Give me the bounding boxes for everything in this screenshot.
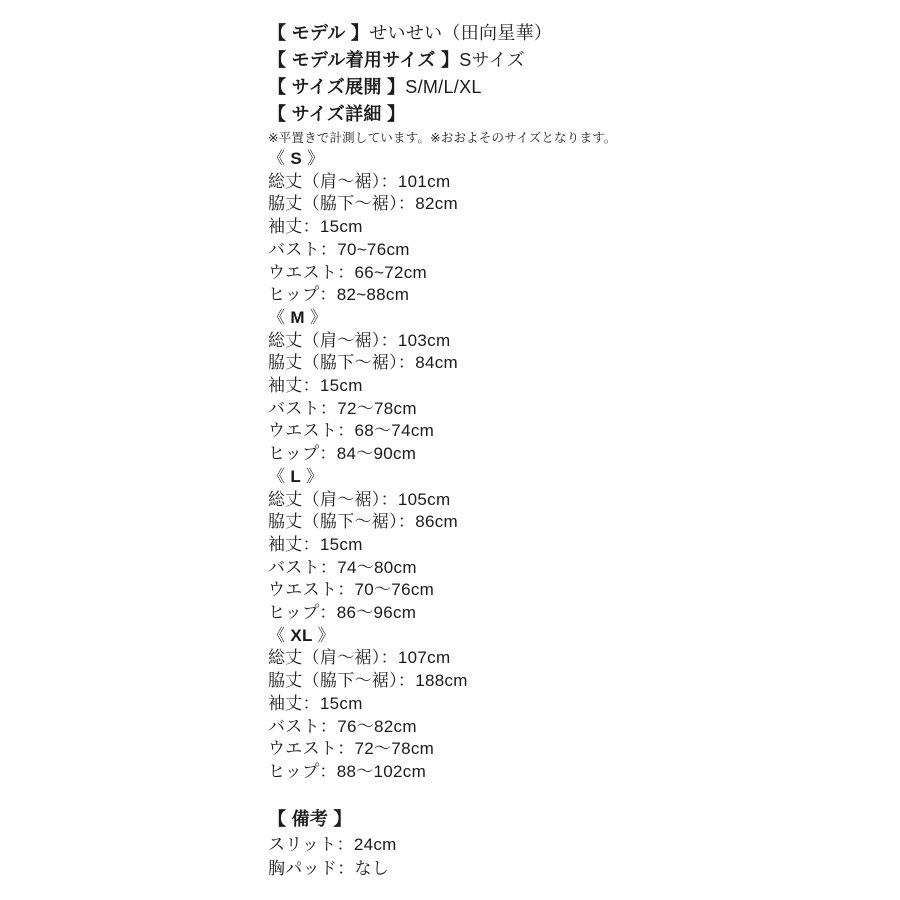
measurement-hip: ヒップ：84〜90cm <box>268 443 888 466</box>
size-name: XL <box>290 626 312 645</box>
angle-bracket-close: 》 <box>313 626 335 645</box>
measurement-total-length: 総丈（肩〜裾）：103cm <box>268 330 888 353</box>
size-heading: 《 M 》 <box>268 307 888 330</box>
size-heading: 《 S 》 <box>268 148 888 171</box>
measurement-side-length: 脇丈（脇下〜裾）：82cm <box>268 193 888 216</box>
bracket-close: 】 <box>328 809 352 829</box>
header-row-model: 【 モデル 】せいせい（田向星華） <box>268 20 888 47</box>
size-block-xl: 《 XL 》 総丈（肩〜裾）：107cm 脇丈（脇下〜裾）：188cm 袖丈：1… <box>268 625 888 784</box>
model-size-value: Sサイズ <box>459 50 525 70</box>
size-heading: 《 L 》 <box>268 466 888 489</box>
measurement-bust: バスト：74〜80cm <box>268 557 888 580</box>
model-value: せいせい（田向星華） <box>369 23 552 43</box>
bracket-open: 【 <box>268 77 292 97</box>
measurement-hip: ヒップ：82~88cm <box>268 284 888 307</box>
angle-bracket-close: 》 <box>301 467 323 486</box>
model-size-label: モデル着用サイズ <box>292 50 436 70</box>
measurement-waist: ウエスト：66~72cm <box>268 262 888 285</box>
size-name: S <box>290 149 302 168</box>
measurement-sleeve-length: 袖丈：15cm <box>268 534 888 557</box>
measurement-sleeve-length: 袖丈：15cm <box>268 375 888 398</box>
measurement-total-length: 総丈（肩〜裾）：101cm <box>268 171 888 194</box>
remark-slit: スリット：24cm <box>268 833 888 857</box>
size-name: M <box>290 308 304 327</box>
size-heading: 《 XL 》 <box>268 625 888 648</box>
bracket-open: 【 <box>268 23 292 43</box>
angle-bracket-close: 》 <box>302 149 324 168</box>
angle-bracket-open: 《 <box>268 308 290 327</box>
size-spec-sheet: 【 モデル 】せいせい（田向星華） 【 モデル着用サイズ 】Sサイズ 【 サイズ… <box>268 20 888 881</box>
header-row-model-size: 【 モデル着用サイズ 】Sサイズ <box>268 47 888 74</box>
measurement-waist: ウエスト：68〜74cm <box>268 420 888 443</box>
bracket-open: 【 <box>268 809 292 829</box>
measurement-total-length: 総丈（肩〜裾）：107cm <box>268 647 888 670</box>
measurement-side-length: 脇丈（脇下〜裾）：84cm <box>268 352 888 375</box>
measurement-side-length: 脇丈（脇下〜裾）：188cm <box>268 670 888 693</box>
size-block-l: 《 L 》 総丈（肩〜裾）：105cm 脇丈（脇下〜裾）：86cm 袖丈：15c… <box>268 466 888 625</box>
bracket-close: 】 <box>382 77 406 97</box>
angle-bracket-close: 》 <box>305 308 327 327</box>
measurement-total-length: 総丈（肩〜裾）：105cm <box>268 489 888 512</box>
measurement-side-length: 脇丈（脇下〜裾）：86cm <box>268 511 888 534</box>
angle-bracket-open: 《 <box>268 149 290 168</box>
measurement-sleeve-length: 袖丈：15cm <box>268 693 888 716</box>
measurement-waist: ウエスト：70〜76cm <box>268 579 888 602</box>
measurement-bust: バスト：72〜78cm <box>268 398 888 421</box>
remarks-label: 備考 <box>292 809 329 829</box>
measurement-waist: ウエスト：72〜78cm <box>268 738 888 761</box>
measurement-hip: ヒップ：88〜102cm <box>268 761 888 784</box>
bracket-close: 】 <box>346 23 370 43</box>
measurement-bust: バスト：76〜82cm <box>268 716 888 739</box>
model-label: モデル <box>292 23 346 43</box>
remarks-heading: 【 備考 】 <box>268 806 888 833</box>
bracket-open: 【 <box>268 104 292 124</box>
size-name: L <box>290 467 301 486</box>
bracket-open: 【 <box>268 50 292 70</box>
size-block-m: 《 M 》 総丈（肩〜裾）：103cm 脇丈（脇下〜裾）：84cm 袖丈：15c… <box>268 307 888 466</box>
angle-bracket-open: 《 <box>268 467 290 486</box>
measurement-sleeve-length: 袖丈：15cm <box>268 216 888 239</box>
measurement-hip: ヒップ：86〜96cm <box>268 602 888 625</box>
size-detail-label: サイズ詳細 <box>292 104 382 124</box>
measurement-note: ※平置きで計測しています。※おおよそのサイズとなります。 <box>268 128 888 148</box>
bracket-close: 】 <box>436 50 460 70</box>
size-block-s: 《 S 》 総丈（肩〜裾）：101cm 脇丈（脇下〜裾）：82cm 袖丈：15c… <box>268 148 888 307</box>
header-row-size-detail: 【 サイズ詳細 】 <box>268 101 888 128</box>
angle-bracket-open: 《 <box>268 626 290 645</box>
remarks-section: 【 備考 】 スリット：24cm 胸パッド：なし <box>268 806 888 881</box>
measurement-bust: バスト：70~76cm <box>268 239 888 262</box>
size-range-label: サイズ展開 <box>292 77 382 97</box>
bracket-close: 】 <box>382 104 406 124</box>
header-row-size-range: 【 サイズ展開 】S/M/L/XL <box>268 74 888 101</box>
remark-chest-pad: 胸パッド：なし <box>268 857 888 881</box>
size-range-value: S/M/L/XL <box>405 77 481 97</box>
